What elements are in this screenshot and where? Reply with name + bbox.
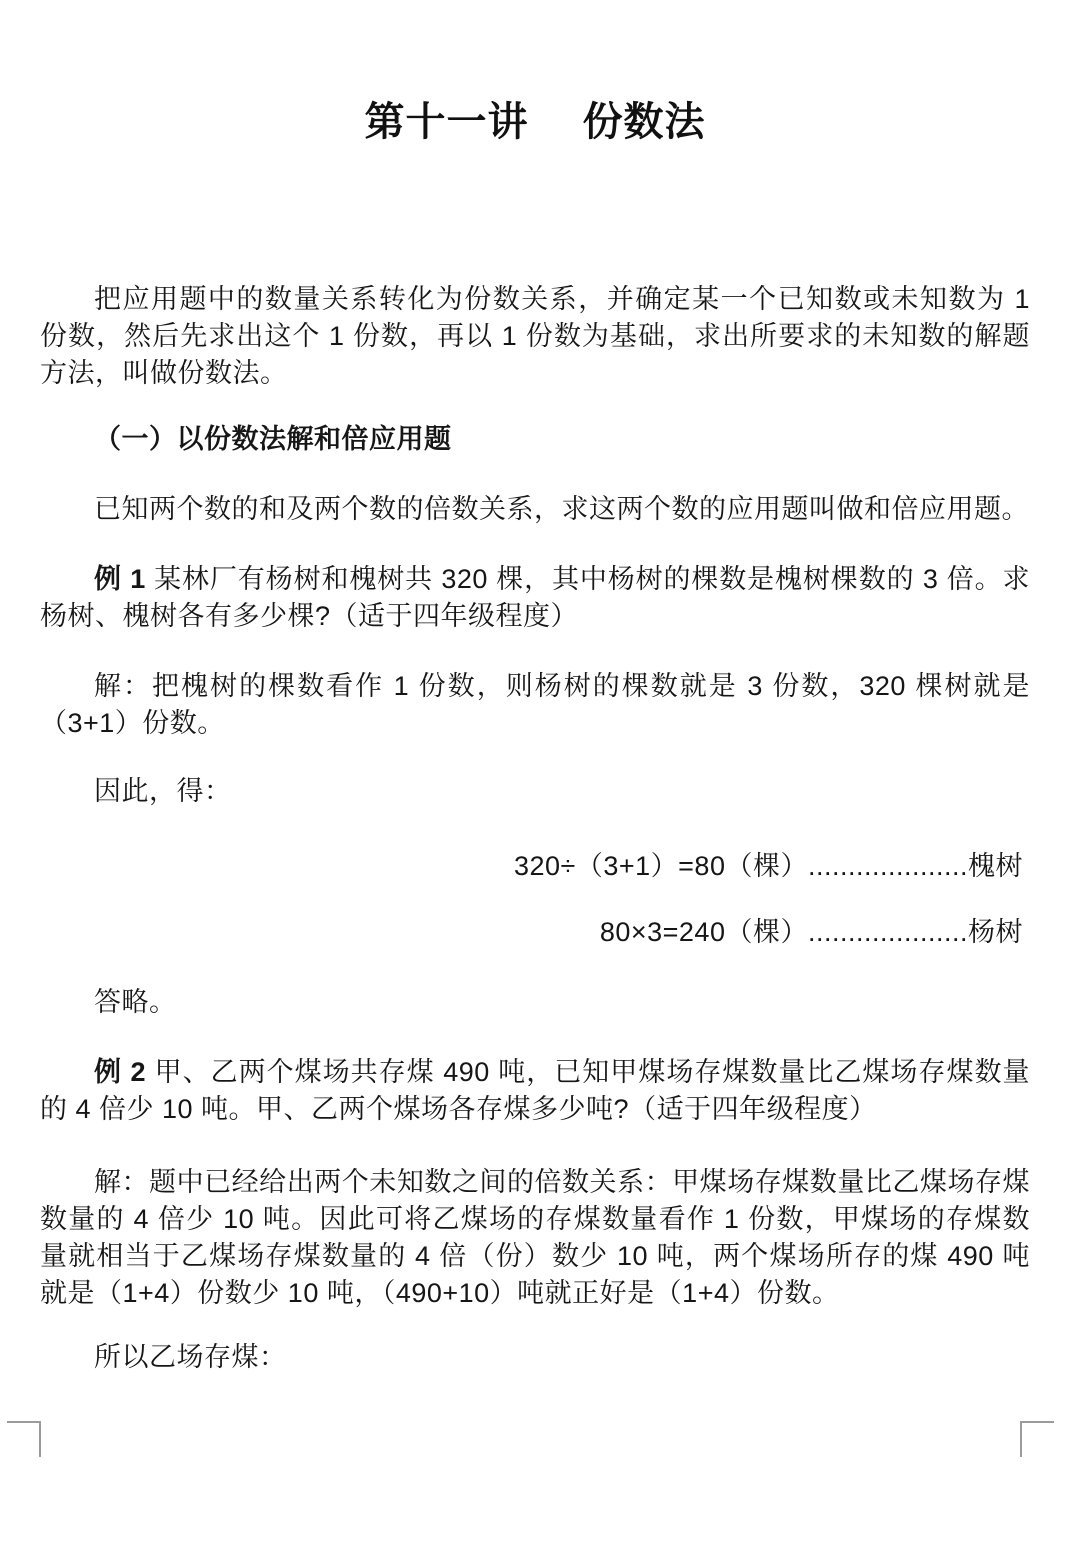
section-heading: （一）以份数法解和倍应用题 xyxy=(40,421,1030,458)
example1-paragraph: 例 1 某林厂有杨树和槐树共 320 棵，其中杨树的棵数是槐树棵数的 3 倍。求… xyxy=(40,561,1030,635)
section-description: 已知两个数的和及两个数的倍数关系，求这两个数的应用题叫做和倍应用题。 xyxy=(40,491,1030,528)
example1-problem: 某林厂有杨树和槐树共 320 棵，其中杨树的棵数是槐树棵数的 3 倍。求杨树、槐… xyxy=(40,564,1030,631)
corner-mark-right xyxy=(1020,1421,1054,1457)
example2-solution: 解：题中已经给出两个未知数之间的倍数关系：甲煤场存煤数量比乙煤场存煤数量的 4 … xyxy=(40,1164,1030,1312)
intro-paragraph: 把应用题中的数量关系转化为份数关系，并确定某一个已知数或未知数为 1 份数，然后… xyxy=(40,281,1030,392)
example2-lead-in: 所以乙场存煤： xyxy=(40,1339,1030,1376)
example2-problem: 甲、乙两个煤场共存煤 490 吨，已知甲煤场存煤数量比乙煤场存煤数量的 4 倍少… xyxy=(40,1057,1030,1124)
example1-solution: 解：把槐树的棵数看作 1 份数，则杨树的棵数就是 3 份数，320 棵树就是（3… xyxy=(40,668,1030,742)
title-topic: 份数法 xyxy=(583,100,706,144)
example2-label: 例 2 xyxy=(94,1057,146,1087)
corner-mark-left xyxy=(7,1421,41,1457)
document-page: 第十一讲份数法 把应用题中的数量关系转化为份数关系，并确定某一个已知数或未知数为… xyxy=(0,0,1080,1551)
example1-label: 例 1 xyxy=(94,564,146,594)
formula-huaishu: 320÷（3+1）=80（棵）....................槐树 xyxy=(40,848,1023,885)
example1-lead-in: 因此，得： xyxy=(40,773,1030,810)
formula-yangshu: 80×3=240（棵）....................杨树 xyxy=(40,914,1023,951)
example2-paragraph: 例 2 甲、乙两个煤场共存煤 490 吨，已知甲煤场存煤数量比乙煤场存煤数量的 … xyxy=(40,1054,1030,1128)
page-title: 第十一讲份数法 xyxy=(40,0,1030,144)
title-lecture-number: 第十一讲 xyxy=(365,100,529,144)
example1-answer-note: 答略。 xyxy=(40,984,1030,1021)
